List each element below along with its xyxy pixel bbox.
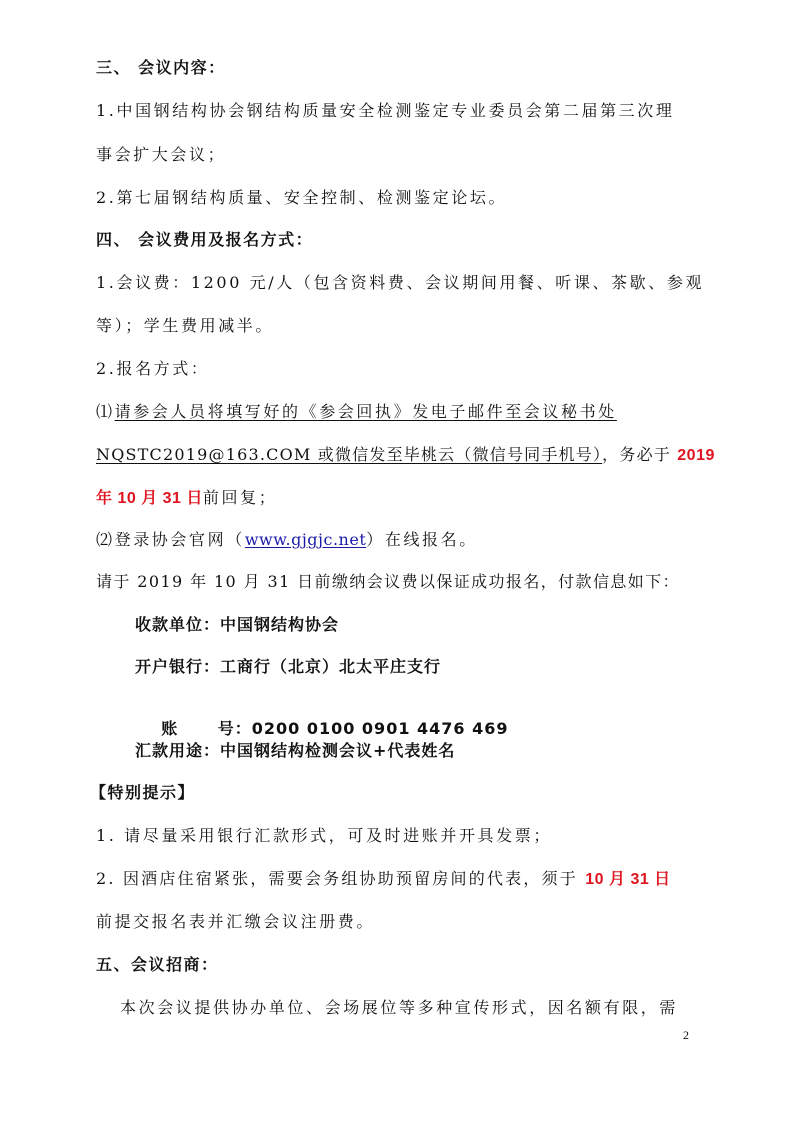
method-2-prefix: ⑵登录协会官网（ (96, 530, 245, 549)
bank-label: 开户银行： (135, 657, 220, 676)
payment-bank: 开户银行：工商行（北京）北太平庄支行 (135, 657, 441, 677)
bank-value: 工商行（北京）北太平庄支行 (220, 657, 441, 676)
account-label: 账 号： (161, 719, 251, 738)
purpose-label: 汇款用途： (135, 741, 220, 760)
email-wechat-text[interactable]: NQSTC2019@163.COM 或微信发至毕桃云（微信号同手机号） (96, 445, 602, 464)
deadline-lead: ，务必于 (602, 445, 677, 464)
signup-heading: 2.报名方式： (96, 359, 209, 379)
payment-intro: 请于 2019 年 10 月 31 日前缴纳会议费以保证成功报名，付款信息如下： (96, 572, 680, 592)
payment-payee: 收款单位：中国钢结构协会 (135, 615, 339, 635)
notice-item-2-cont: 前提交报名表并汇缴会议注册费。 (96, 912, 375, 932)
signup-method-1-cont: NQSTC2019@163.COM 或微信发至毕桃云（微信号同手机号），务必于 … (96, 445, 715, 466)
notice-deadline: 10 月 31 日 (585, 871, 670, 888)
section-4-heading: 四、 会议费用及报名方式： (96, 230, 313, 250)
section-3-item-1-cont: 事会扩大会议； (96, 145, 226, 165)
section-5-paragraph: 本次会议提供协办单位、会场展位等多种宣传形式，因名额有限，需 (120, 998, 678, 1018)
notice-heading: 【特别提示】 (90, 783, 195, 803)
method-1-prefix: ⑴ (96, 402, 115, 421)
purpose-value: 中国钢结构检测会议+代表姓名 (220, 741, 455, 760)
account-value: 0200 0100 0901 4476 469 (252, 719, 509, 738)
section-5-heading: 五、会议招商： (96, 955, 219, 975)
page-number: 2 (683, 1028, 689, 1043)
reply-text: 前回复； (203, 488, 277, 507)
payee-label: 收款单位： (135, 615, 220, 634)
section-3-heading: 三、 会议内容： (96, 58, 226, 78)
fee-line: 1.会议费：1200 元/人（包含资料费、会议期间用餐、听课、茶歇、参观 (96, 273, 704, 293)
payee-value: 中国钢结构协会 (220, 615, 339, 634)
website-link[interactable]: www.gjgjc.net (245, 530, 366, 549)
method-2-suffix: ）在线报名。 (366, 530, 478, 549)
deadline-date: 年 10 月 31 日 (96, 490, 203, 507)
section-3-item-1: 1.中国钢结构协会钢结构质量安全检测鉴定专业委员会第二届第三次理 (96, 101, 674, 121)
signup-method-1-cont2: 年 10 月 31 日前回复； (96, 488, 277, 509)
signup-method-1: ⑴请参会人员将填写好的《参会回执》发电子邮件至会议秘书处 (96, 402, 617, 422)
signup-method-2: ⑵登录协会官网（www.gjgjc.net）在线报名。 (96, 530, 478, 550)
deadline-year: 2019 (677, 447, 715, 464)
notice-item-2-text: 2. 因酒店住宿紧张，需要会务组协助预留房间的代表，须于 (96, 869, 585, 888)
document-page: 三、 会议内容： 1.中国钢结构协会钢结构质量安全检测鉴定专业委员会第二届第三次… (0, 0, 793, 1122)
notice-item-1: 1. 请尽量采用银行汇款形式，可及时进账并开具发票； (96, 826, 552, 846)
fee-line-cont: 等）；学生费用减半。 (96, 316, 274, 336)
notice-item-2: 2. 因酒店住宿紧张，需要会务组协助预留房间的代表，须于 10 月 31 日 (96, 869, 671, 890)
method-1-text: 请参会人员将填写好的《参会回执》发电子邮件至会议秘书处 (115, 402, 617, 421)
section-3-item-2: 2.第七届钢结构质量、安全控制、检测鉴定论坛。 (96, 188, 507, 208)
payment-purpose: 汇款用途：中国钢结构检测会议+代表姓名 (135, 741, 455, 761)
